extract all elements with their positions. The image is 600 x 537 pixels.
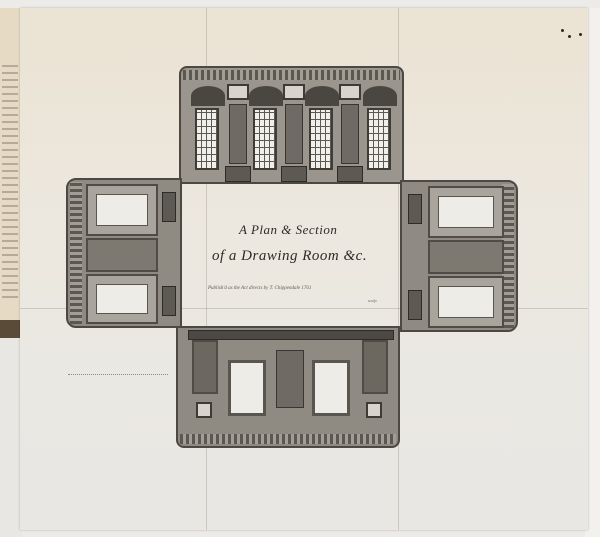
chimney-piece	[428, 240, 504, 274]
scale-line	[68, 374, 168, 375]
chair	[408, 290, 422, 320]
book-lower-page	[0, 338, 22, 537]
pier-table	[281, 166, 307, 182]
window	[253, 108, 277, 170]
chair	[162, 192, 176, 222]
overdoor-picture	[339, 84, 361, 100]
wall-picture	[196, 402, 212, 418]
wall-mirror	[228, 360, 266, 416]
window-wall-elevation	[179, 66, 404, 184]
wall-panel	[428, 186, 504, 238]
pier-glass	[285, 104, 303, 164]
doorway	[276, 350, 304, 408]
left-wall-elevation	[66, 178, 182, 328]
pier-table	[225, 166, 251, 182]
overdoor-picture	[227, 84, 249, 100]
wall-panel	[86, 184, 158, 236]
cornice-frieze	[70, 182, 82, 324]
window-drapery	[363, 86, 397, 106]
right-wall-elevation	[400, 180, 518, 332]
chair	[162, 286, 176, 316]
foxing-spot	[579, 33, 582, 36]
overdoor-picture	[283, 84, 305, 100]
pier-glass	[341, 104, 359, 164]
panel-mirror	[96, 194, 148, 226]
plate-title-line1: A Plan & Section	[239, 222, 337, 238]
plate-title-block: A Plan & Section of a Drawing Room &c. P…	[206, 182, 396, 302]
plate-imprint: Publish'd as the Act directs by T. Chipp…	[208, 286, 311, 291]
chair	[408, 194, 422, 224]
panel-mirror	[438, 286, 494, 318]
door-wall-elevation	[176, 326, 400, 448]
window-drapery	[249, 86, 283, 106]
chairs-row	[188, 330, 394, 340]
plate-title-line2: of a Drawing Room &c.	[212, 248, 367, 265]
foxing-spot	[561, 29, 564, 32]
pilaster-panel	[362, 340, 388, 394]
panel-mirror	[438, 196, 494, 228]
wall-picture	[366, 402, 382, 418]
window-drapery	[305, 86, 339, 106]
chimney-piece	[86, 238, 158, 272]
window	[309, 108, 333, 170]
wall-panel	[428, 276, 504, 328]
wall-panel	[86, 274, 158, 324]
book-binding	[0, 320, 22, 338]
foxing-spot	[568, 35, 571, 38]
window	[195, 108, 219, 170]
engraver-signature: sculp.	[368, 298, 377, 303]
pier-glass	[229, 104, 247, 164]
book-left-page-text	[1, 60, 20, 310]
pilaster-panel	[192, 340, 218, 394]
wall-mirror	[312, 360, 350, 416]
window	[367, 108, 391, 170]
cornice-frieze	[183, 70, 400, 80]
window-drapery	[191, 86, 225, 106]
panel-mirror	[96, 284, 148, 314]
base-frieze	[180, 434, 396, 444]
pier-table	[337, 166, 363, 182]
